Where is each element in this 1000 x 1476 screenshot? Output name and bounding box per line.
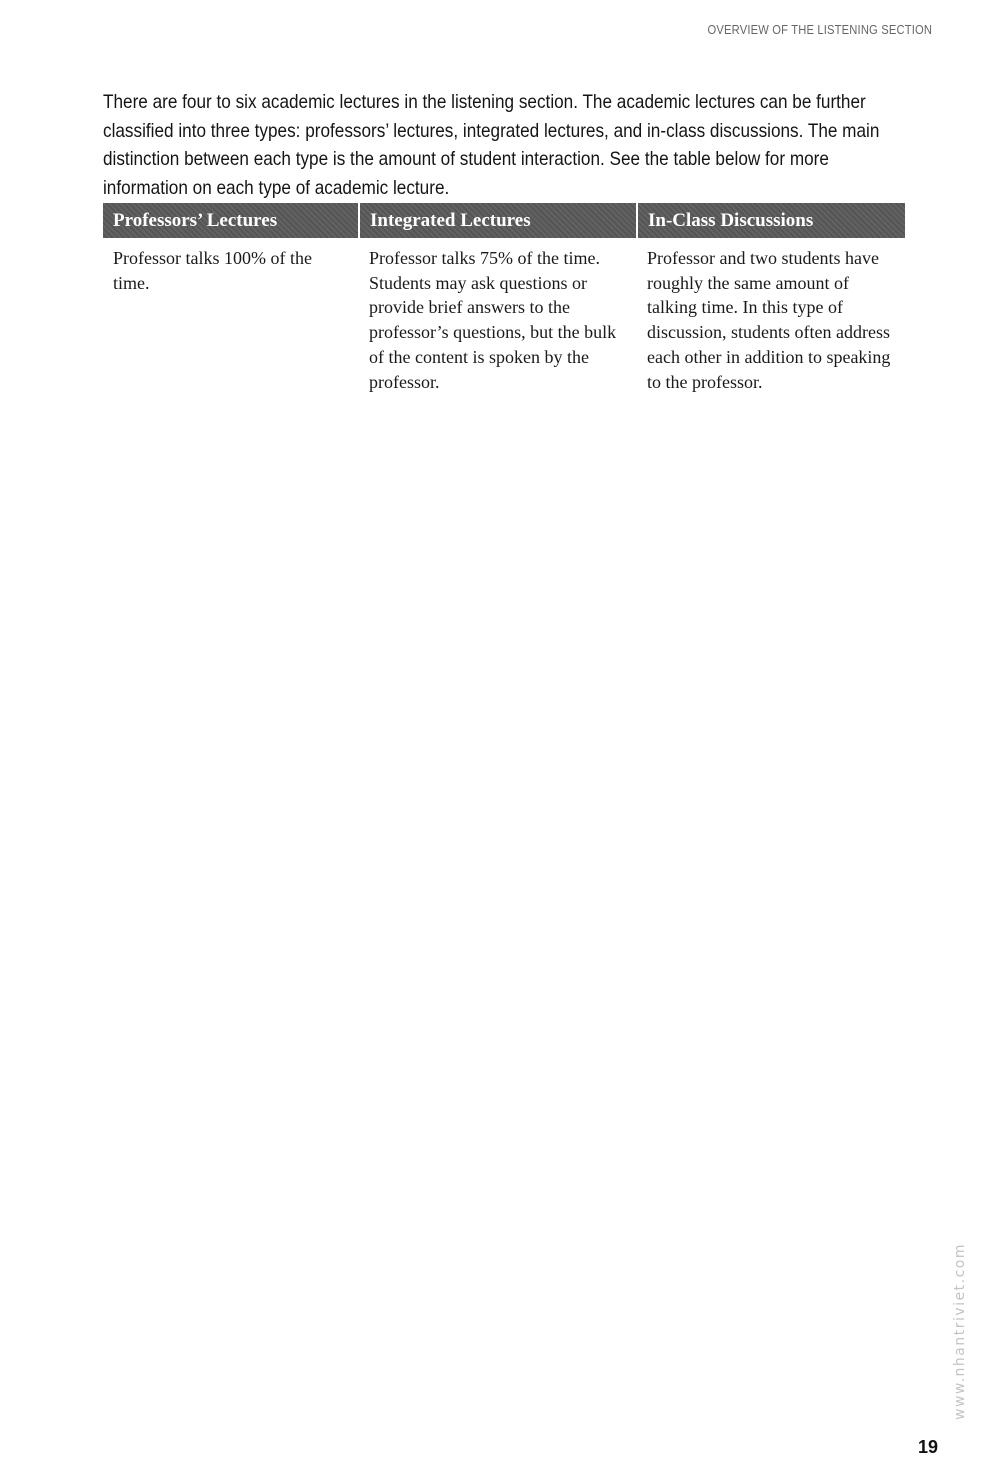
cell-professors-lectures: Professor talks 100% of the time. <box>103 238 359 394</box>
page-number: 19 <box>918 1437 938 1458</box>
watermark: www.nhantriviet.com <box>952 1243 968 1420</box>
cell-integrated-lectures: Professor talks 75% of the time. Student… <box>359 238 637 394</box>
running-head: OVERVIEW OF THE LISTENING SECTION <box>707 22 932 37</box>
cell-in-class-discussions: Professor and two students have roughly … <box>637 238 905 394</box>
table-header-row: Professors’ Lectures Integrated Lectures… <box>103 203 905 238</box>
header-in-class-discussions: In-Class Discussions <box>637 203 905 238</box>
table-row: Professor talks 100% of the time. Profes… <box>103 238 905 394</box>
intro-paragraph: There are four to six academic lectures … <box>103 88 886 202</box>
header-integrated-lectures: Integrated Lectures <box>359 203 637 238</box>
header-professors-lectures: Professors’ Lectures <box>103 203 359 238</box>
lecture-types-table: Professors’ Lectures Integrated Lectures… <box>103 203 905 394</box>
